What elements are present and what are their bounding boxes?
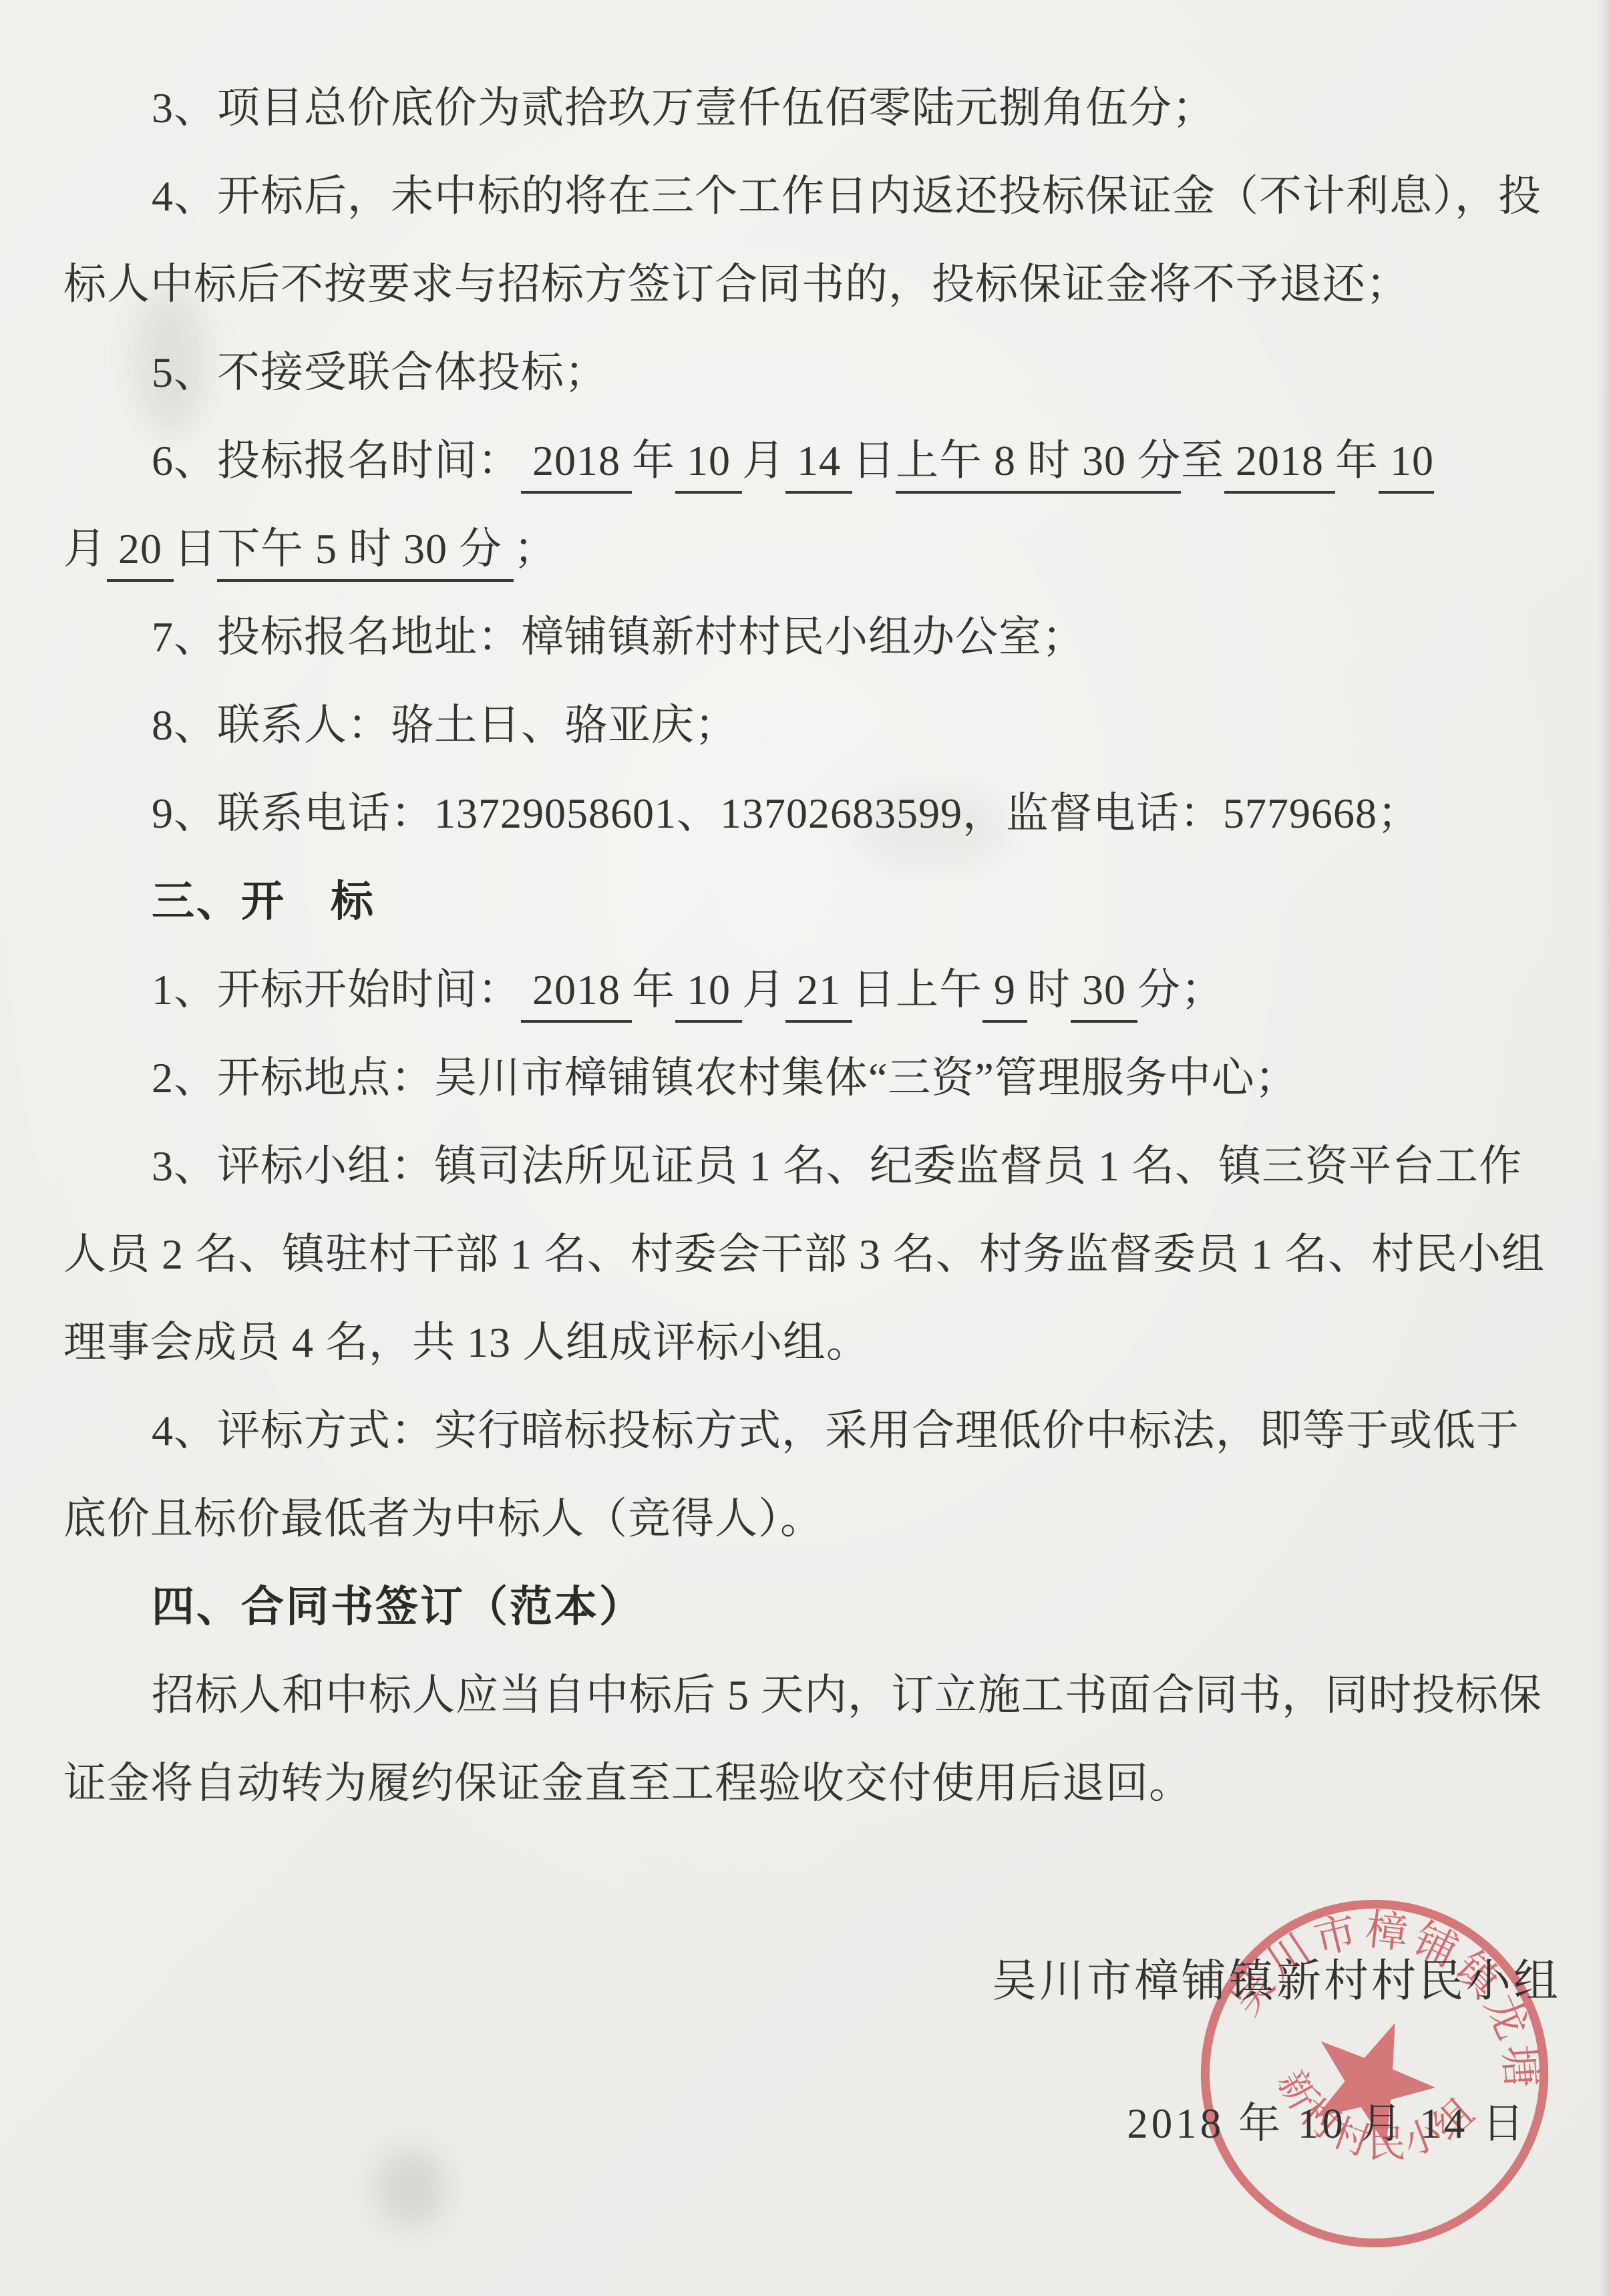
doc-line: 证金将自动转为履约保证金直至工程验收交付使用后退回。	[63, 1740, 1570, 1828]
section-heading: 三、开 标	[63, 858, 1570, 946]
text-run: 时	[1027, 966, 1071, 1013]
underlined-blank-value: 2018	[521, 437, 632, 494]
underlined-blank-value: 10	[675, 966, 742, 1023]
text-run: 日	[174, 525, 217, 572]
underlined-blank-value: 10	[1379, 437, 1434, 494]
text-run: 招标人和中标人应当自中标后 5 天内，订立施工书面合同书，同时投标保	[152, 1671, 1542, 1719]
underlined-blank-value: 9	[982, 966, 1027, 1023]
text-run: 证金将自动转为履约保证金直至工程验收交付使用后退回。	[63, 1760, 1192, 1807]
underlined-blank-value: 上午 8 时 30 分	[896, 437, 1181, 494]
doc-line: 3、项目总价底价为贰拾玖万壹仟伍佰零陆元捌角伍分；	[63, 64, 1570, 152]
doc-line: 6、投标报名时间： 2018 年 10 月 14 日上午 8 时 30 分至 2…	[63, 417, 1570, 505]
doc-line: 3、评标小组：镇司法所见证员 1 名、纪委监督员 1 名、镇三资平台工作	[63, 1122, 1570, 1210]
underlined-blank-value: 2018	[1224, 437, 1335, 494]
doc-line: 1、开标开始时间： 2018 年 10 月 21 日上午 9 时 30 分；	[63, 946, 1570, 1034]
text-run: 8、联系人：骆土日、骆亚庆；	[152, 701, 738, 749]
text-run: 月	[63, 525, 107, 572]
doc-line: 7、投标报名地址：樟铺镇新村村民小组办公室；	[63, 593, 1570, 681]
doc-line: 标人中标后不按要求与招标方签订合同书的，投标保证金将不予退还；	[63, 240, 1570, 329]
text-run: 年	[1335, 437, 1379, 484]
doc-line: 2、开标地点：吴川市樟铺镇农村集体“三资”管理服务中心；	[63, 1034, 1570, 1122]
doc-line: 底价且标价最低者为中标人（竞得人）。	[63, 1475, 1570, 1563]
scan-edge-shadow	[1598, 0, 1609, 2296]
signature-org: 吴川市樟铺镇新村村民小组	[992, 1945, 1561, 2009]
text-run: 底价且标价最低者为中标人（竞得人）。	[63, 1495, 824, 1542]
text-run: 6、投标报名时间：	[152, 437, 521, 484]
text-run: 月	[742, 437, 785, 484]
text-run: 日	[852, 437, 896, 484]
underlined-blank-value: 21	[785, 966, 852, 1023]
text-run: 1、开标开始时间：	[152, 966, 521, 1013]
underlined-blank-value: 2018	[521, 966, 632, 1023]
text-run: 至	[1181, 437, 1224, 484]
doc-line: 人员 2 名、镇驻村干部 1 名、村委会干部 3 名、村务监督委员 1 名、村民…	[63, 1210, 1570, 1299]
section-heading: 四、合同书签订（范本）	[63, 1563, 1570, 1651]
paper-smudge	[374, 2148, 448, 2228]
official-seal-stamp: 吴川市樟铺镇龙塘 新村村民小组	[1166, 1865, 1582, 2281]
text-run: 年	[632, 966, 675, 1013]
text-run: 7、投标报名地址：樟铺镇新村村民小组办公室；	[152, 613, 1085, 661]
text-run: 2、开标地点：吴川市樟铺镇农村集体“三资”管理服务中心；	[152, 1054, 1298, 1102]
doc-line: 4、开标后，未中标的将在三个工作日内返还投标保证金（不计利息），投	[63, 152, 1570, 240]
doc-line: 8、联系人：骆土日、骆亚庆；	[63, 681, 1570, 770]
text-run: 3、项目总价底价为贰拾玖万壹仟伍佰零陆元捌角伍分；	[152, 84, 1216, 132]
signature-date: 2018 年 10 月 14 日	[1127, 2090, 1528, 2150]
text-run: 4、开标后，未中标的将在三个工作日内返还投标保证金（不计利息），投	[152, 172, 1542, 220]
underlined-blank-value: 10	[675, 437, 742, 494]
text-run: 理事会成员 4 名，共 13 人组成评标小组。	[63, 1319, 870, 1366]
doc-line: 招标人和中标人应当自中标后 5 天内，订立施工书面合同书，同时投标保	[63, 1651, 1570, 1740]
text-run: 9、联系电话：13729058601、13702683599，监督电话：5779…	[152, 790, 1421, 837]
text-run: 月	[742, 966, 785, 1013]
underlined-blank-value: 20	[107, 525, 174, 582]
doc-line: 理事会成员 4 名，共 13 人组成评标小组。	[63, 1299, 1570, 1387]
underlined-blank-value: 14	[785, 437, 852, 494]
text-run: 标人中标后不按要求与招标方签订合同书的，投标保证金将不予退还；	[63, 261, 1409, 308]
text-run: 日上午	[852, 966, 982, 1013]
underlined-blank-value: 30	[1071, 966, 1137, 1023]
text-run: 分；	[1137, 966, 1224, 1013]
text-run: 4、评标方式：实行暗标投标方式，采用合理低价中标法，即等于或低于	[152, 1407, 1519, 1454]
scanned-document-page: 吴川市樟铺镇龙塘 新村村民小组 3、项目总价底价为贰拾玖万壹仟伍佰零陆元捌角伍分…	[0, 0, 1609, 2296]
doc-line: 9、联系电话：13729058601、13702683599，监督电话：5779…	[63, 770, 1570, 858]
text-run: ；	[514, 525, 557, 572]
text-run: 三、开 标	[152, 878, 375, 925]
text-run: 5、不接受联合体投标；	[152, 349, 608, 396]
text-run: 人员 2 名、镇驻村干部 1 名、村委会干部 3 名、村务监督委员 1 名、村民…	[63, 1231, 1545, 1278]
underlined-blank-value: 下午 5 时 30 分	[217, 525, 514, 582]
doc-line: 月 20 日下午 5 时 30 分 ；	[63, 505, 1570, 593]
doc-line: 5、不接受联合体投标；	[63, 329, 1570, 417]
doc-line: 4、评标方式：实行暗标投标方式，采用合理低价中标法，即等于或低于	[63, 1387, 1570, 1475]
text-run: 四、合同书签订（范本）	[152, 1583, 644, 1631]
text-run: 3、评标小组：镇司法所见证员 1 名、纪委监督员 1 名、镇三资平台工作	[152, 1142, 1522, 1190]
document-body: 3、项目总价底价为贰拾玖万壹仟伍佰零陆元捌角伍分；4、开标后，未中标的将在三个工…	[63, 64, 1570, 1828]
text-run: 年	[632, 437, 675, 484]
